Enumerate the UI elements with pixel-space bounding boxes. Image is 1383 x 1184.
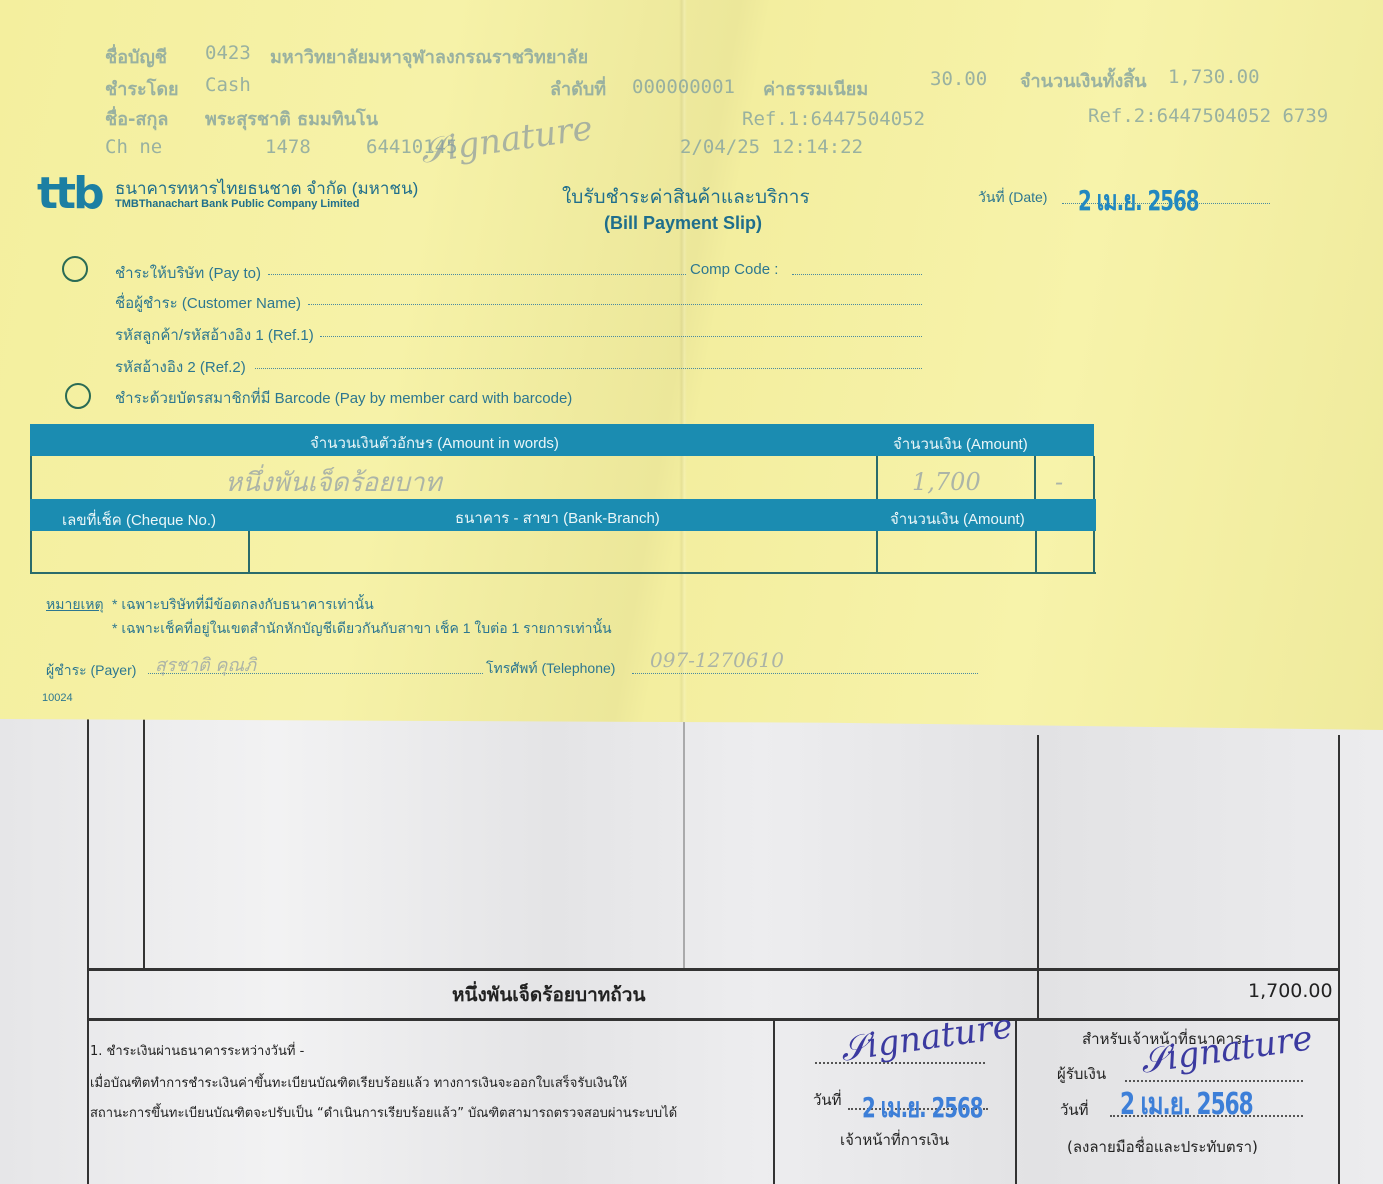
printed-sequence-label: ลำดับที่ <box>550 74 606 103</box>
printed-account-label: ชื่อบัญชี <box>105 42 167 71</box>
comp-code-field[interactable] <box>792 274 922 275</box>
table-column-line <box>1035 531 1037 573</box>
note-line-1: 1. ชำระเงินผ่านธนาคารระหว่างวันที่ - <box>90 1040 304 1061</box>
bill-payment-slip: ชื่อบัญชี 0423 มหาวิทยาลัยมหาจุฬาลงกรณรา… <box>0 0 1383 730</box>
table-column-line <box>143 700 145 970</box>
printed-name: พระสุรชาติ ธมมทินโน <box>205 104 378 133</box>
slip-title-th: ใบรับชำระค่าสินค้าและบริการ <box>562 182 810 212</box>
printed-branch: 1478 <box>265 136 311 158</box>
printed-account-no: 0423 <box>205 42 251 64</box>
table-row-line <box>87 1018 1340 1021</box>
pay-to-company-radio[interactable] <box>62 256 88 282</box>
date-stamp: 2 เม.ย. 2568 <box>1078 179 1199 223</box>
printed-total: 1,730.00 <box>1168 66 1260 88</box>
ttb-logo: ttb <box>37 172 102 216</box>
member-card-radio[interactable] <box>65 383 91 409</box>
finance-role: เจ้าหน้าที่การเงิน <box>840 1128 949 1152</box>
remark-2: * เฉพาะเช็คที่อยู่ในเขตสำนักหักบัญชีเดีย… <box>112 618 612 640</box>
finance-date-label: วันที่ <box>813 1088 842 1112</box>
printed-channel-label: Ch ne <box>105 136 162 158</box>
table-column-line <box>248 531 250 573</box>
ref1-field[interactable] <box>320 336 922 337</box>
note-line-2: เมื่อบัณฑิตทำการชำระเงินค่าขึ้นทะเบียนบั… <box>90 1072 627 1093</box>
finance-date-stamp: 2 เม.ย. 2568 <box>862 1086 983 1130</box>
teller-signature: 𝒮ignature <box>418 108 595 172</box>
payer-handwritten[interactable]: สุรชาติ คุณภิ <box>155 650 256 679</box>
remark-1: * เฉพาะบริษัทที่มีข้อตกลงกับธนาคารเท่านั… <box>112 594 374 616</box>
pay-to-label: ชำระให้บริษัท (Pay to) <box>115 261 261 285</box>
amount-header: จำนวนเงิน (Amount) <box>893 432 1028 456</box>
telephone-label: โทรศัพท์ (Telephone) <box>486 658 615 680</box>
remarks-label: หมายเหตุ <box>46 594 104 616</box>
customer-name-label: ชื่อผู้ชำระ (Customer Name) <box>115 291 301 315</box>
comp-code-label: Comp Code : <box>690 261 778 278</box>
table-column-line <box>876 531 878 573</box>
bank-officer-footer: (ลงลายมือชื่อและประทับตรา) <box>1067 1135 1258 1159</box>
receiver-label: ผู้รับเงิน <box>1057 1062 1106 1086</box>
table-column-line <box>1015 1020 1017 1184</box>
ref2-label: รหัสอ้างอิง 2 (Ref.2) <box>115 355 246 379</box>
date-label: วันที่ (Date) <box>978 187 1047 209</box>
printed-fee-label: ค่าธรรมเนียม <box>763 74 868 103</box>
printed-ref2: Ref.2:6447504052 6739 <box>1088 105 1328 127</box>
table-column-line <box>876 456 878 500</box>
amount-words-handwritten[interactable]: หนึ่งพันเจ็ดร้อยบาท <box>225 462 442 503</box>
table-column-line <box>1037 735 1039 1020</box>
member-card-label: ชำระด้วยบัตรสมาชิกที่มี Barcode (Pay by … <box>115 386 572 410</box>
amount-satang-handwritten[interactable]: - <box>1055 468 1063 496</box>
printed-paid-by: Cash <box>205 74 251 96</box>
form-code: 10024 <box>42 692 73 704</box>
invoice-sheet: หนึ่งพันเจ็ดร้อยบาทถ้วน 1,700.00 1. ชำระ… <box>0 700 1383 1184</box>
table-column-line <box>1034 456 1036 500</box>
table-border <box>30 572 1096 574</box>
printed-sequence-no: 000000001 <box>632 76 735 98</box>
ref1-label: รหัสลูกค้า/รหัสอ้างอิง 1 (Ref.1) <box>115 323 314 347</box>
printed-datetime: 2/04/25 12:14:22 <box>680 136 863 158</box>
bank-branch-header: ธนาคาร - สาขา (Bank-Branch) <box>455 506 660 530</box>
printed-paid-by-label: ชำระโดย <box>105 74 179 103</box>
bank-date-stamp: 2 เม.ย. 2568 <box>1120 1079 1253 1128</box>
amount-total: 1,700.00 <box>1248 980 1333 1002</box>
amount-in-words: หนึ่งพันเจ็ดร้อยบาทถ้วน <box>452 980 645 1010</box>
payer-label: ผู้ชำระ (Payer) <box>46 660 136 682</box>
bank-date-label: วันที่ <box>1060 1098 1089 1122</box>
pay-to-field[interactable] <box>268 274 686 275</box>
table-border <box>1338 735 1340 1184</box>
printed-total-label: จำนวนเงินทั้งสิ้น <box>1020 66 1147 95</box>
table-column-line <box>773 1020 775 1184</box>
table-row-line <box>87 968 1340 971</box>
finance-signature: 𝒮ignature <box>838 1006 1015 1070</box>
telephone-field[interactable] <box>632 673 978 674</box>
amount-handwritten[interactable]: 1,700 <box>912 468 981 496</box>
amount-words-header: จำนวนเงินตัวอักษร (Amount in words) <box>310 431 559 455</box>
ref2-field[interactable] <box>255 368 922 369</box>
customer-name-field[interactable] <box>308 304 922 305</box>
cheque-no-header: เลขที่เช็ค (Cheque No.) <box>62 508 216 532</box>
signature-line <box>815 1062 985 1064</box>
bank-name-en: TMBThanachart Bank Public Company Limite… <box>115 198 359 210</box>
paper-fold <box>683 700 685 970</box>
slip-title-en: (Bill Payment Slip) <box>604 213 762 234</box>
printed-ref1: Ref.1:6447504052 <box>742 108 925 130</box>
note-line-3: สถานะการขึ้นทะเบียนบัณฑิตจะปรับเป็น “ดำเ… <box>90 1102 677 1123</box>
printed-account-name: มหาวิทยาลัยมหาจุฬาลงกรณราชวิทยาลัย <box>270 42 588 71</box>
table-border <box>87 700 89 1184</box>
printed-name-label: ชื่อ-สกุล <box>105 104 168 133</box>
paper-fold <box>679 0 687 730</box>
cheque-amount-header: จำนวนเงิน (Amount) <box>890 507 1025 531</box>
telephone-handwritten[interactable]: 097-1270610 <box>650 648 784 672</box>
printed-fee: 30.00 <box>930 68 987 90</box>
